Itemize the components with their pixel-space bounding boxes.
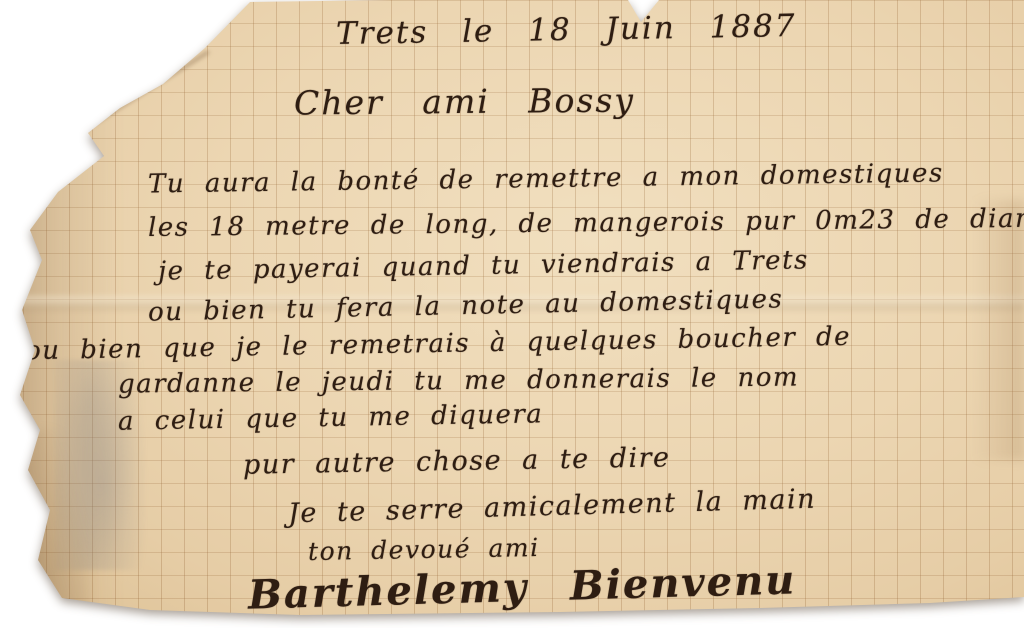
letter-paper: Trets le 18 Juin 1887 Cher ami Bossy Tu …	[0, 0, 1024, 628]
paper-shadow-wrap: Trets le 18 Juin 1887 Cher ami Bossy Tu …	[0, 0, 1024, 628]
scanned-letter-scene: Trets le 18 Juin 1887 Cher ami Bossy Tu …	[0, 0, 1024, 628]
closing-line-2: ton devoué ami	[308, 533, 540, 566]
letter-salutation: Cher ami Bossy	[294, 81, 635, 123]
